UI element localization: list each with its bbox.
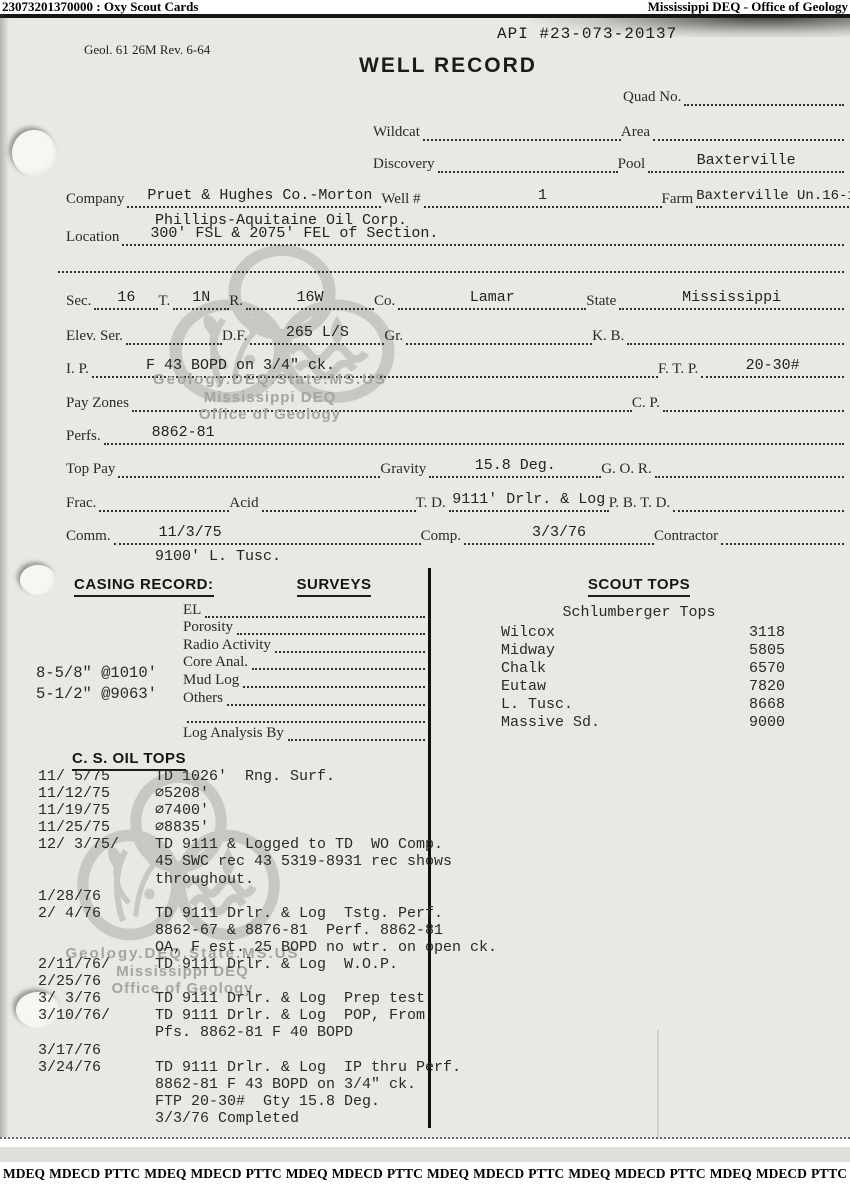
surveys-title: SURVEYS bbox=[297, 576, 372, 597]
survey-leader-line bbox=[237, 633, 425, 635]
entry-date: 2/11/76/ bbox=[38, 956, 155, 973]
survey-label: Mud Log bbox=[183, 672, 243, 688]
entry-date: 2/ 4/76 bbox=[38, 905, 155, 922]
scout-top-row: Wilcox 3118 bbox=[501, 624, 785, 642]
formation-name: Midway bbox=[501, 642, 555, 660]
entry-text: 8862-67 & 8876-81 Perf. 8862-81 bbox=[155, 922, 443, 939]
survey-row bbox=[183, 706, 425, 724]
footer-token: PTTC bbox=[246, 1166, 282, 1182]
cp-value bbox=[663, 410, 844, 412]
scan-crease bbox=[657, 1030, 659, 1139]
state-label: State bbox=[586, 292, 619, 310]
row-elevation: Elev. Ser. D.F. 265 L/S Gr. K. B. bbox=[66, 323, 844, 345]
area-value bbox=[653, 139, 844, 141]
entry-text: TD 9111 Drlr. & Log POP, From bbox=[155, 1007, 425, 1024]
survey-row: Others bbox=[183, 688, 425, 706]
td-value: 9111' Drlr. & Log bbox=[449, 490, 609, 512]
farm-label: Farm bbox=[662, 190, 697, 208]
gr-value bbox=[406, 343, 592, 345]
formation-name: Wilcox bbox=[501, 624, 555, 642]
entry-text: throughout. bbox=[155, 871, 254, 888]
entry-date bbox=[38, 1024, 155, 1041]
gravity-value: 15.8 Deg. bbox=[429, 456, 601, 478]
entry-date: 11/25/75 bbox=[38, 819, 155, 836]
scan-bottom-strip bbox=[0, 1147, 850, 1162]
formation-depth: 3118 bbox=[749, 624, 785, 642]
entry-text: TD 9111 Drlr. & Log IP thru Perf. bbox=[155, 1059, 461, 1076]
entry-date bbox=[38, 871, 155, 888]
kb-label: K. B. bbox=[592, 327, 627, 345]
oil-top-row: 2/ 4/76 TD 9111 Drlr. & Log Tstg. Perf. bbox=[38, 905, 598, 922]
entry-date: 2/25/76 bbox=[38, 973, 155, 990]
formation-depth: 7820 bbox=[749, 678, 785, 696]
elev-ser-label: Elev. Ser. bbox=[66, 327, 126, 345]
row-quad-no: Quad No. bbox=[623, 84, 844, 106]
survey-label: Others bbox=[183, 690, 227, 706]
scout-top-row: Midway 5805 bbox=[501, 642, 785, 660]
frac-value bbox=[99, 510, 229, 512]
oil-top-row: 3/ 3/76 TD 9111 Drlr. & Log Prep test bbox=[38, 990, 598, 1007]
casing-entries: 8-5/8" @1010'5-1/2" @9063' bbox=[36, 600, 157, 705]
entry-date: 3/24/76 bbox=[38, 1059, 155, 1076]
survey-label: Radio Activity bbox=[183, 637, 275, 653]
row-blank-line bbox=[58, 251, 844, 273]
formation-depth: 6570 bbox=[749, 660, 785, 678]
formation-depth: 5805 bbox=[749, 642, 785, 660]
survey-leader-line bbox=[243, 686, 425, 688]
row-sec-t-r-co-state: Sec. 16 T. 1N R. 16W Co. Lamar State Mis… bbox=[66, 288, 844, 310]
watermark-text: Geology.DEQ.State.MS.US Mississippi DEQ … bbox=[150, 371, 390, 424]
scout-top-row: Chalk 6570 bbox=[501, 660, 785, 678]
oil-top-row: 3/24/76 TD 9111 Drlr. & Log IP thru Perf… bbox=[38, 1059, 598, 1076]
entry-date bbox=[38, 939, 155, 956]
oil-top-row: 11/19/75 ∅7400' bbox=[38, 802, 598, 819]
footer-token: MDEQ bbox=[286, 1166, 328, 1182]
county-label: Co. bbox=[374, 292, 398, 310]
ftp-label: F. T. P. bbox=[658, 360, 701, 378]
survey-leader-line bbox=[252, 668, 425, 670]
entry-text: ∅7400' bbox=[155, 802, 209, 819]
header-right-title: Mississippi DEQ - Office of Geology bbox=[648, 0, 848, 14]
oil-top-row: 8862-67 & 8876-81 Perf. 8862-81 bbox=[38, 922, 598, 939]
scout-tops-title: SCOUT TOPS bbox=[588, 576, 690, 597]
gor-value bbox=[655, 476, 844, 478]
footer-token: MDEQ bbox=[144, 1166, 186, 1182]
footer-token: MDEQ bbox=[3, 1166, 45, 1182]
scanned-well-record: Geology.DEQ.State.MS.US Mississippi DEQ … bbox=[0, 14, 850, 1139]
surveys-rows: EL Porosity Radio Activity Core Anal. Mu… bbox=[183, 600, 425, 741]
gor-label: G. O. R. bbox=[601, 460, 654, 478]
footer-token: MDECD bbox=[190, 1166, 241, 1182]
range-label: R. bbox=[229, 292, 246, 310]
oil-top-row: 3/3/76 Completed bbox=[38, 1110, 598, 1127]
location-label: Location bbox=[66, 228, 122, 246]
entry-text: TD 9111 Drlr. & Log W.O.P. bbox=[155, 956, 398, 973]
oil-top-row: 2/11/76/ TD 9111 Drlr. & Log W.O.P. bbox=[38, 956, 598, 973]
acid-value bbox=[262, 510, 416, 512]
watermark-url: Geology.DEQ.State.MS.US bbox=[150, 371, 390, 389]
oil-top-row: OA, F est. 25 BOPD no wtr. on open ck. bbox=[38, 939, 598, 956]
survey-label: Log Analysis By bbox=[183, 725, 288, 741]
api-number: API #23-073-20137 bbox=[497, 25, 677, 43]
wildcat-value bbox=[423, 139, 621, 141]
entry-date: 3/17/76 bbox=[38, 1042, 155, 1059]
area-label: Area bbox=[621, 123, 653, 141]
entry-text: TD 9111 & Logged to TD WO Comp. bbox=[155, 836, 443, 853]
entry-text: Pfs. 8862-81 F 40 BOPD bbox=[155, 1024, 353, 1041]
comm-label: Comm. bbox=[66, 527, 114, 545]
formation-depth: 9000 bbox=[749, 714, 785, 732]
row-top-pay-gravity-gor: Top Pay Gravity 15.8 Deg. G. O. R. bbox=[66, 456, 844, 478]
footer-token: PTTC bbox=[387, 1166, 423, 1182]
oil-top-row: 2/25/76 bbox=[38, 973, 598, 990]
row-location: Location 300' FSL & 2075' FEL of Section… bbox=[66, 224, 844, 246]
scout-tops-subtitle: Schlumberger Tops bbox=[493, 604, 785, 622]
entry-text: TD 1026' Rng. Surf. bbox=[155, 768, 335, 785]
entry-date bbox=[38, 853, 155, 870]
oil-top-row: 11/25/75 ∅8835' bbox=[38, 819, 598, 836]
entry-date bbox=[38, 922, 155, 939]
oil-top-row: 11/ 5/75 TD 1026' Rng. Surf. bbox=[38, 768, 598, 785]
page-footer: MDEQMDECDPTTCMDEQMDECDPTTCMDEQMDECDPTTCM… bbox=[0, 1162, 850, 1185]
survey-leader-line bbox=[227, 704, 425, 706]
surveys-section: SURVEYS bbox=[183, 576, 425, 597]
sec-label: Sec. bbox=[66, 292, 94, 310]
well-no-value: 1 bbox=[424, 186, 662, 208]
formation-name: Eutaw bbox=[501, 678, 546, 696]
entry-text: 3/3/76 Completed bbox=[155, 1110, 299, 1127]
entry-date: 11/19/75 bbox=[38, 802, 155, 819]
survey-row: Log Analysis By bbox=[183, 723, 425, 741]
survey-leader-line bbox=[288, 739, 425, 741]
footer-token: MDECD bbox=[756, 1166, 807, 1182]
row-discovery-pool: Discovery Pool Baxterville bbox=[373, 151, 844, 173]
df-label: D.F. bbox=[222, 327, 250, 345]
formation-name: Chalk bbox=[501, 660, 546, 678]
footer-token: PTTC bbox=[811, 1166, 847, 1182]
cp-label: C. P. bbox=[632, 394, 663, 412]
entry-date bbox=[38, 1076, 155, 1093]
survey-row: Core Anal. bbox=[183, 653, 425, 671]
survey-label: Porosity bbox=[183, 619, 237, 635]
pool-value: Baxterville bbox=[648, 151, 844, 173]
oil-top-row: 11/12/75 ∅5208' bbox=[38, 785, 598, 802]
contractor-label: Contractor bbox=[654, 527, 721, 545]
row-company-well-farm: Company Pruet & Hughes Co.-Morton Well #… bbox=[66, 186, 844, 208]
pbtd-label: P. B. T. D. bbox=[609, 494, 674, 512]
oil-top-row: FTP 20-30# Gty 15.8 Deg. bbox=[38, 1093, 598, 1110]
comp-value: 3/3/76 bbox=[464, 523, 654, 545]
quad-no-label: Quad No. bbox=[623, 88, 684, 106]
contractor-value bbox=[721, 543, 844, 545]
oil-top-row: 45 SWC rec 43 5319-8931 rec shows bbox=[38, 853, 598, 870]
oil-top-row: 3/17/76 bbox=[38, 1042, 598, 1059]
formation-depth: 8668 bbox=[749, 696, 785, 714]
footer-token: MDEQ bbox=[568, 1166, 610, 1182]
entry-text: TD 9111 Drlr. & Log Tstg. Perf. bbox=[155, 905, 443, 922]
company-label: Company bbox=[66, 190, 127, 208]
scan-edge-shadow bbox=[0, 14, 9, 1137]
scout-tops-rows: Wilcox 3118 Midway 5805 Chalk 6570 Eutaw… bbox=[493, 624, 785, 732]
range-value: 16W bbox=[246, 288, 374, 310]
township-value: 1N bbox=[173, 288, 229, 310]
entry-text: TD 9111 Drlr. & Log Prep test bbox=[155, 990, 425, 1007]
quad-no-value bbox=[684, 104, 844, 106]
survey-leader-line bbox=[187, 721, 425, 723]
footer-token: MDECD bbox=[49, 1166, 100, 1182]
blank-line bbox=[58, 271, 844, 273]
survey-row: Radio Activity bbox=[183, 635, 425, 653]
state-value: Mississippi bbox=[619, 288, 844, 310]
township-label: T. bbox=[158, 292, 173, 310]
kb-value bbox=[627, 343, 844, 345]
formation-name: Massive Sd. bbox=[501, 714, 600, 732]
footer-token: PTTC bbox=[528, 1166, 564, 1182]
gravity-label: Gravity bbox=[380, 460, 429, 478]
top-pay-label: Top Pay bbox=[66, 460, 118, 478]
farm-value: Baxterville Un.16-15 bbox=[696, 186, 850, 208]
entry-date: 3/ 3/76 bbox=[38, 990, 155, 1007]
ftp-value: 20-30# bbox=[701, 356, 844, 378]
pool-label: Pool bbox=[618, 155, 649, 173]
oil-top-row: throughout. bbox=[38, 871, 598, 888]
row-frac-acid-td-pbtd: Frac. Acid T. D. 9111' Drlr. & Log P. B.… bbox=[66, 490, 844, 512]
company-value: Pruet & Hughes Co.-Morton bbox=[127, 186, 381, 208]
entry-date: 11/12/75 bbox=[38, 785, 155, 802]
survey-label: EL bbox=[183, 602, 205, 618]
footer-token: PTTC bbox=[104, 1166, 140, 1182]
entry-text: ∅5208' bbox=[155, 785, 209, 802]
df-value: 265 L/S bbox=[250, 323, 384, 345]
county-value: Lamar bbox=[398, 288, 586, 310]
entry-text: ∅8835' bbox=[155, 819, 209, 836]
well-no-label: Well # bbox=[381, 190, 423, 208]
hole-punch-artifact bbox=[20, 565, 56, 595]
entry-text: 45 SWC rec 43 5319-8931 rec shows bbox=[155, 853, 452, 870]
survey-leader-line bbox=[205, 616, 425, 618]
discovery-value bbox=[438, 171, 618, 173]
scout-top-row: Massive Sd. 9000 bbox=[501, 714, 785, 732]
footer-token: MDEQ bbox=[427, 1166, 469, 1182]
footer-token: MDECD bbox=[473, 1166, 524, 1182]
entry-date: 12/ 3/75/ bbox=[38, 836, 155, 853]
survey-label: Core Anal. bbox=[183, 654, 252, 670]
row-wildcat-area: Wildcat Area bbox=[373, 119, 844, 141]
oil-top-row: Pfs. 8862-81 F 40 BOPD bbox=[38, 1024, 598, 1041]
pay-zones-label: Pay Zones bbox=[66, 394, 132, 412]
perfs-value: 8862-81 bbox=[104, 423, 844, 445]
scout-tops-section: SCOUT TOPS Schlumberger Tops Wilcox 3118… bbox=[493, 576, 785, 732]
td-label: T. D. bbox=[416, 494, 449, 512]
casing-entry: 8-5/8" @1010' bbox=[36, 663, 157, 684]
oil-top-row: 8862-81 F 43 BOPD on 3/4" ck. bbox=[38, 1076, 598, 1093]
watermark-office: Office of Geology bbox=[150, 406, 390, 424]
sec-value: 16 bbox=[94, 288, 158, 310]
entry-text: 8862-81 F 43 BOPD on 3/4" ck. bbox=[155, 1076, 416, 1093]
oil-top-row: 3/10/76/ TD 9111 Drlr. & Log POP, From bbox=[38, 1007, 598, 1024]
entry-text: OA, F est. 25 BOPD no wtr. on open ck. bbox=[155, 939, 497, 956]
formation-name: L. Tusc. bbox=[501, 696, 573, 714]
frac-label: Frac. bbox=[66, 494, 99, 512]
perfs-label: Perfs. bbox=[66, 427, 104, 445]
row-perfs: Perfs. 8862-81 bbox=[66, 423, 844, 445]
survey-row: EL bbox=[183, 600, 425, 618]
comp-label: Comp. bbox=[421, 527, 464, 545]
wildcat-label: Wildcat bbox=[373, 123, 423, 141]
page-header: 23073201370000 : Oxy Scout Cards Mississ… bbox=[0, 0, 850, 14]
oil-top-row: 1/28/76 bbox=[38, 888, 598, 905]
scout-top-row: L. Tusc. 8668 bbox=[501, 696, 785, 714]
discovery-label: Discovery bbox=[373, 155, 438, 173]
acid-label: Acid bbox=[229, 494, 261, 512]
header-left-title: 23073201370000 : Oxy Scout Cards bbox=[2, 0, 198, 14]
scout-top-row: Eutaw 7820 bbox=[501, 678, 785, 696]
oil-top-row: 12/ 3/75/ TD 9111 & Logged to TD WO Comp… bbox=[38, 836, 598, 853]
comm-value: 11/3/75 bbox=[114, 523, 421, 545]
location-value: 300' FSL & 2075' FEL of Section. bbox=[122, 224, 844, 246]
hole-punch-artifact bbox=[12, 130, 56, 176]
ip-label: I. P. bbox=[66, 360, 92, 378]
footer-token: MDECD bbox=[614, 1166, 665, 1182]
comm-note: 9100' L. Tusc. bbox=[155, 548, 281, 565]
entry-date bbox=[38, 1093, 155, 1110]
top-pay-value bbox=[118, 476, 380, 478]
gr-label: Gr. bbox=[384, 327, 406, 345]
casing-entry: 5-1/2" @9063' bbox=[36, 684, 157, 705]
entry-date: 11/ 5/75 bbox=[38, 768, 155, 785]
entry-date: 3/10/76/ bbox=[38, 1007, 155, 1024]
survey-row: Porosity bbox=[183, 618, 425, 636]
row-comm-comp-contractor: Comm. 11/3/75 Comp. 3/3/76 Contractor bbox=[66, 523, 844, 545]
elev-ser-value bbox=[126, 343, 222, 345]
footer-token: MDEQ bbox=[710, 1166, 752, 1182]
survey-leader-line bbox=[275, 651, 425, 653]
footer-token: PTTC bbox=[670, 1166, 706, 1182]
form-title: WELL RECORD bbox=[0, 54, 850, 78]
entry-date bbox=[38, 1110, 155, 1127]
entry-text: FTP 20-30# Gty 15.8 Deg. bbox=[155, 1093, 380, 1110]
watermark-org: Mississippi DEQ bbox=[150, 389, 390, 407]
footer-token: MDECD bbox=[332, 1166, 383, 1182]
oil-tops-rows: 11/ 5/75 TD 1026' Rng. Surf. 11/12/75 ∅5… bbox=[38, 768, 598, 1127]
pbtd-value bbox=[673, 510, 844, 512]
survey-row: Mud Log bbox=[183, 670, 425, 688]
entry-date: 1/28/76 bbox=[38, 888, 155, 905]
